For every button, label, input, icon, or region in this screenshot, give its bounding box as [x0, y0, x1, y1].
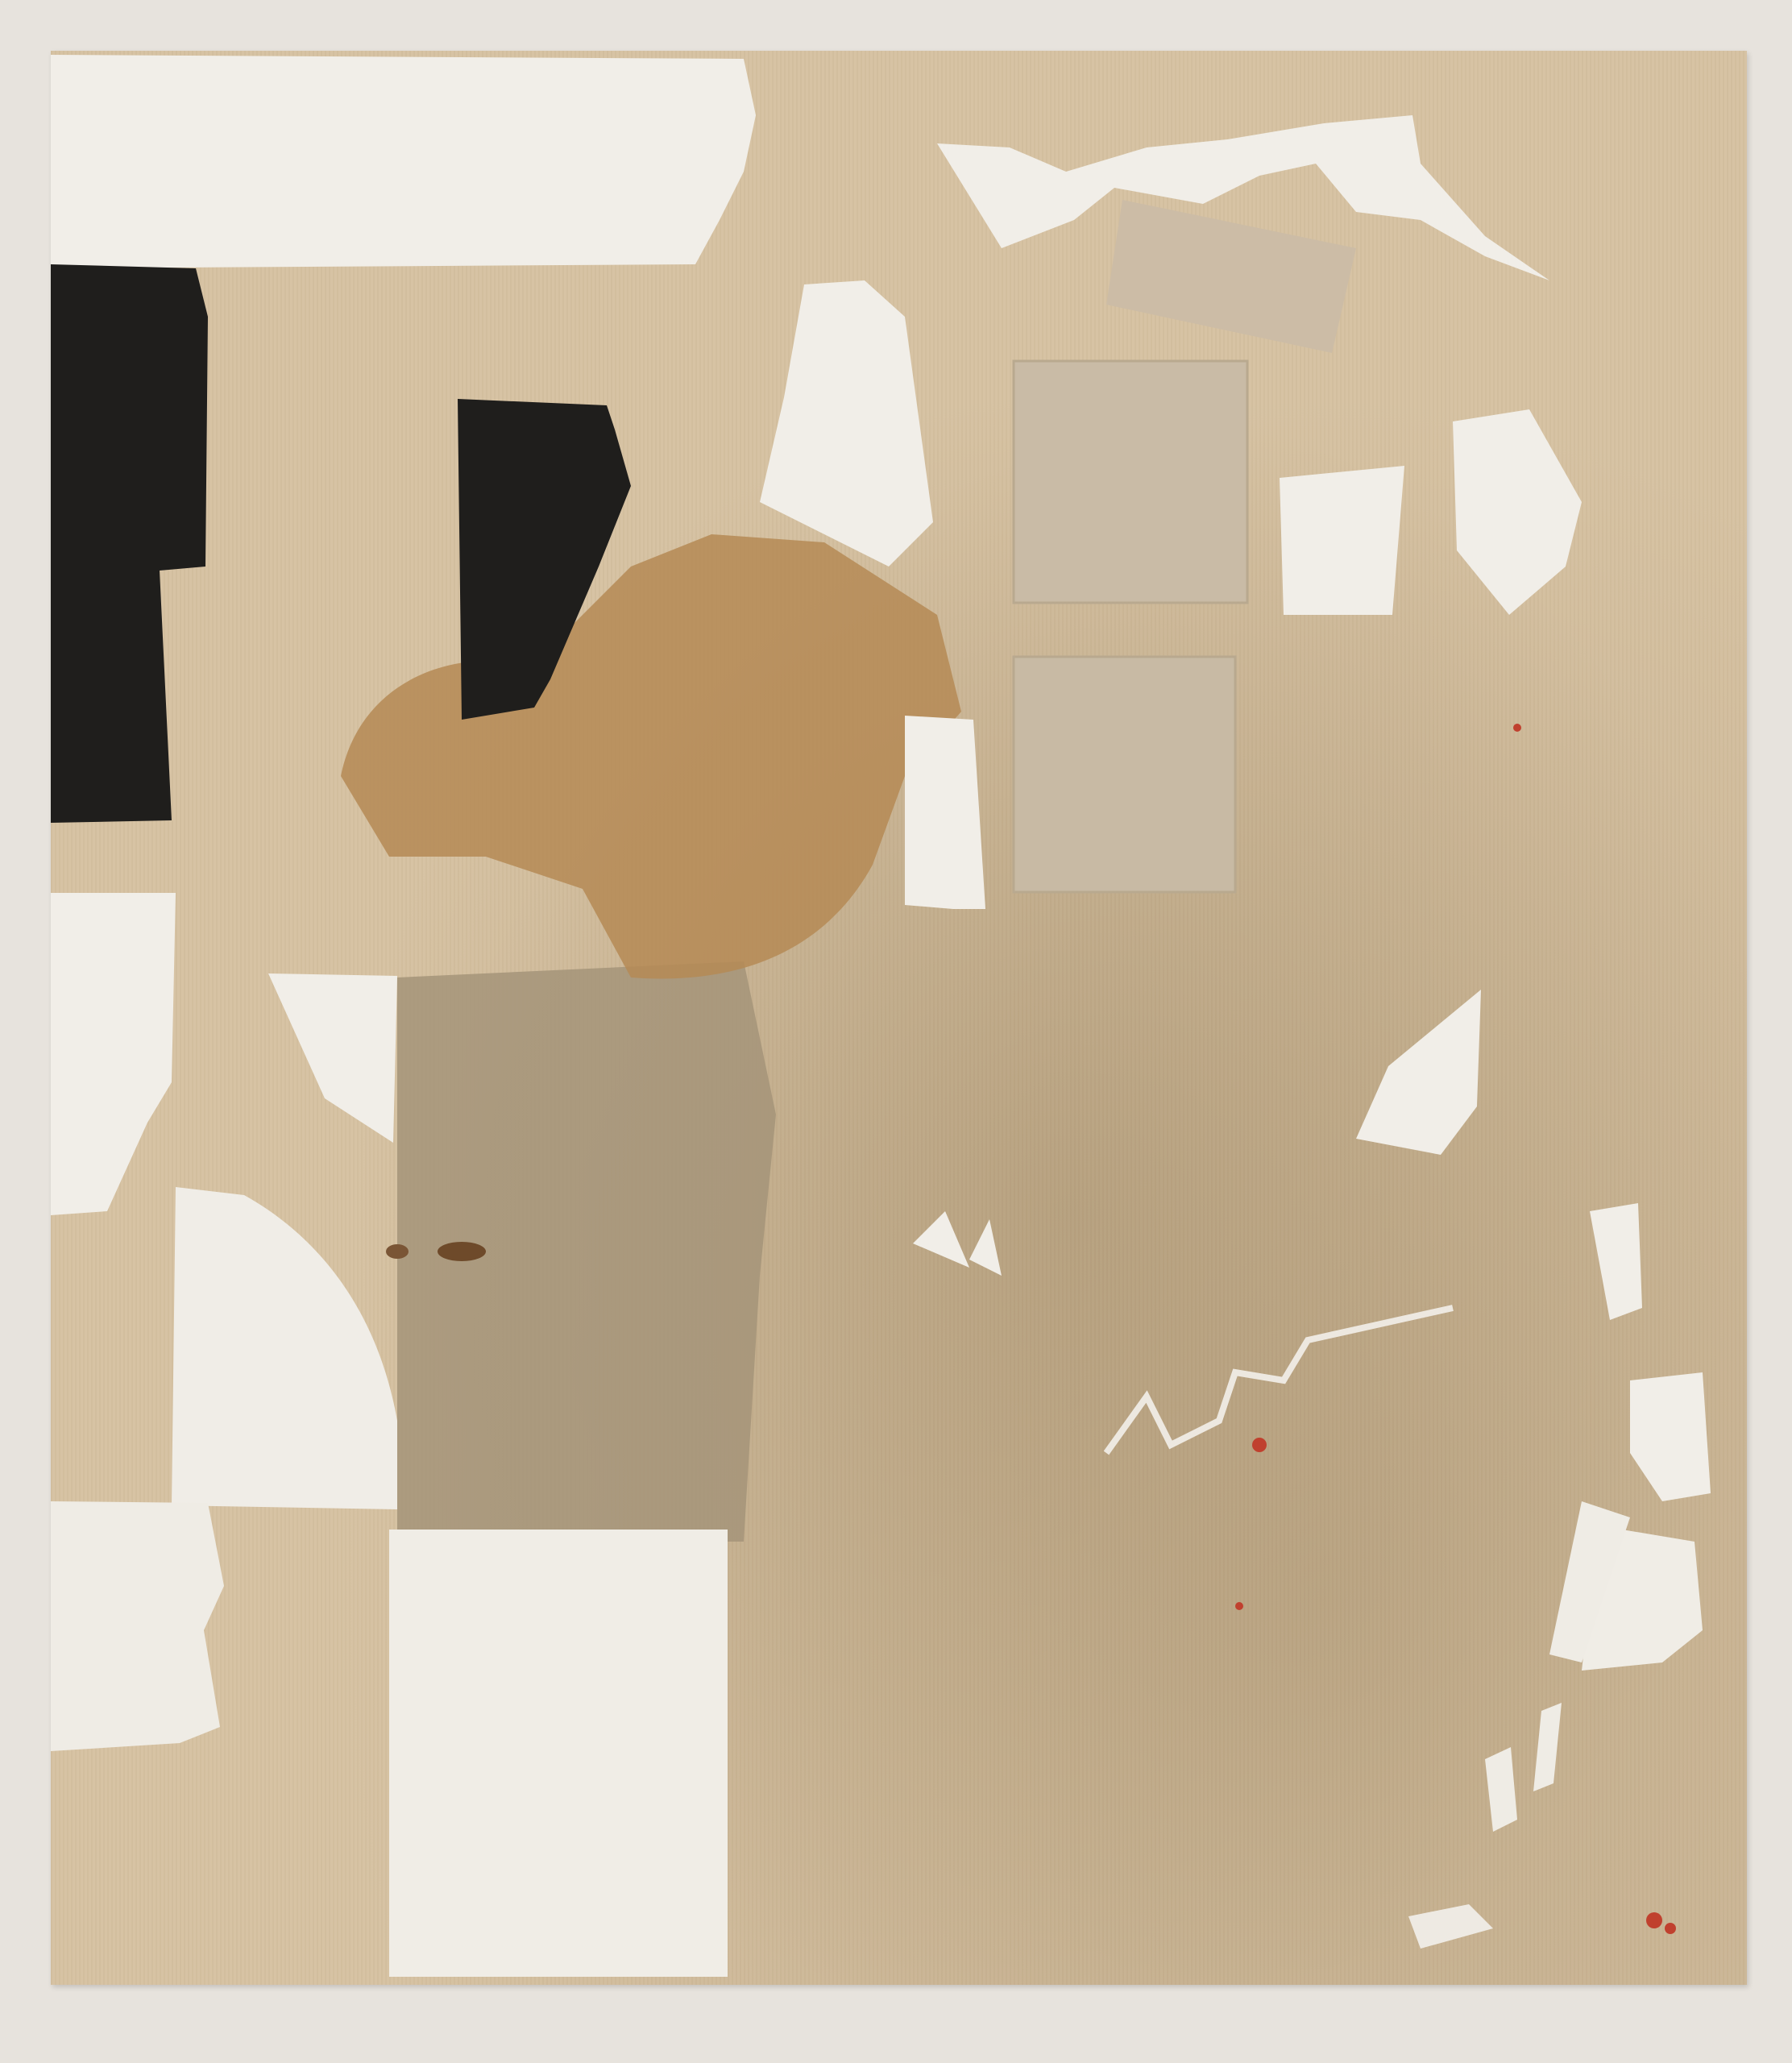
white-fragment-far-right-2 [1630, 1372, 1711, 1501]
white-fragment-bottom-right [1408, 1904, 1493, 1949]
red-speck-1 [1252, 1438, 1267, 1452]
white-zigzag-small-2 [969, 1219, 1002, 1276]
white-fragment-left-middle [51, 893, 176, 1215]
white-fragment-far-right-1 [1590, 1203, 1642, 1320]
red-speck-2 [1235, 1602, 1243, 1610]
white-line-zigzag [1106, 1308, 1453, 1453]
bottom-white-block [389, 1530, 728, 1977]
brown-drip-1 [438, 1242, 486, 1261]
white-fragment-triangle [268, 973, 397, 1143]
brown-drip-2 [386, 1244, 409, 1259]
painting-canvas [51, 51, 1747, 1985]
white-fragment-arc [172, 1187, 397, 1509]
white-fragment-upper-center [760, 280, 933, 567]
white-fragment-right-middle [1356, 990, 1481, 1155]
white-fragment-center-narrow [905, 716, 985, 909]
left-black-block [51, 264, 208, 823]
gray-fabric-strip-top [1106, 200, 1356, 353]
top-white-band [51, 55, 756, 268]
white-fragment-right-upper [1453, 409, 1582, 615]
gray-fabric-patch-lower [1014, 657, 1235, 892]
gray-fabric-patch-upper [1014, 361, 1247, 603]
red-speck-5 [1513, 724, 1521, 732]
white-stroke-diagonal-1 [1485, 1747, 1517, 1832]
white-fragment-bottom-left [51, 1501, 224, 1751]
red-speck-4 [1665, 1923, 1676, 1934]
white-stroke-diagonal-2 [1533, 1703, 1562, 1791]
red-speck-3 [1646, 1912, 1662, 1928]
ochre-stain [341, 534, 961, 978]
white-fragment-right-square [1280, 466, 1404, 615]
white-zigzag-small-1 [913, 1211, 969, 1268]
painting-artwork [51, 51, 1747, 1985]
